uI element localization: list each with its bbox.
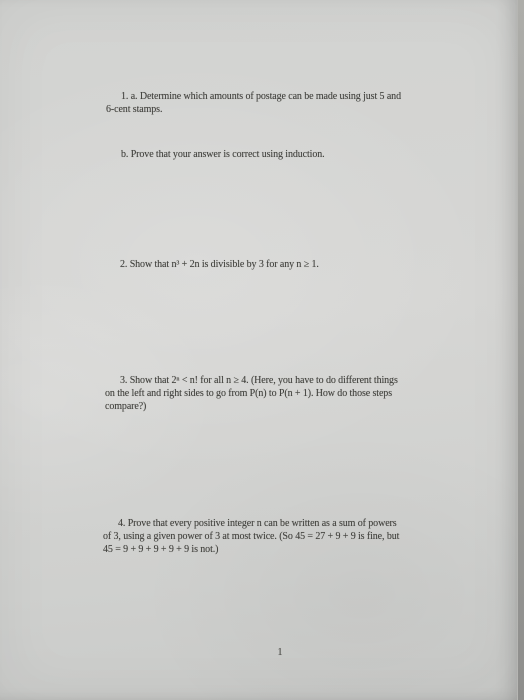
problem-4-line-1: 4. Prove that every positive integer n c… <box>103 517 399 530</box>
photo-of-homework-page: 1. a. Determine which amounts of postage… <box>0 0 524 700</box>
problem-2: 2. Show that n³ + 2n is divisible by 3 f… <box>120 258 319 271</box>
problem-4-line-2: of 3, using a given power of 3 at most t… <box>103 530 399 543</box>
problem-1b-line-1: b. Prove that your answer is correct usi… <box>121 148 325 161</box>
problem-3-line-1: 3. Show that 2ⁿ < n! for all n ≥ 4. (Her… <box>105 374 398 387</box>
problem-3-line-2: on the left and right sides to go from P… <box>105 387 398 400</box>
page-number: 1 <box>256 647 304 658</box>
problem-1a-line-1: 1. a. Determine which amounts of postage… <box>106 90 401 103</box>
paper-sheet: 1. a. Determine which amounts of postage… <box>0 0 518 700</box>
problem-3-line-3: compare?) <box>105 400 398 413</box>
problem-2-line-1: 2. Show that n³ + 2n is divisible by 3 f… <box>120 258 319 271</box>
problem-1b: b. Prove that your answer is correct usi… <box>121 148 325 161</box>
problem-4-line-3: 45 = 9 + 9 + 9 + 9 + 9 is not.) <box>103 543 399 556</box>
problem-3: 3. Show that 2ⁿ < n! for all n ≥ 4. (Her… <box>105 374 398 413</box>
problem-4: 4. Prove that every positive integer n c… <box>103 517 399 556</box>
problem-1a-line-2: 6-cent stamps. <box>106 103 401 116</box>
problem-1a: 1. a. Determine which amounts of postage… <box>106 90 401 116</box>
